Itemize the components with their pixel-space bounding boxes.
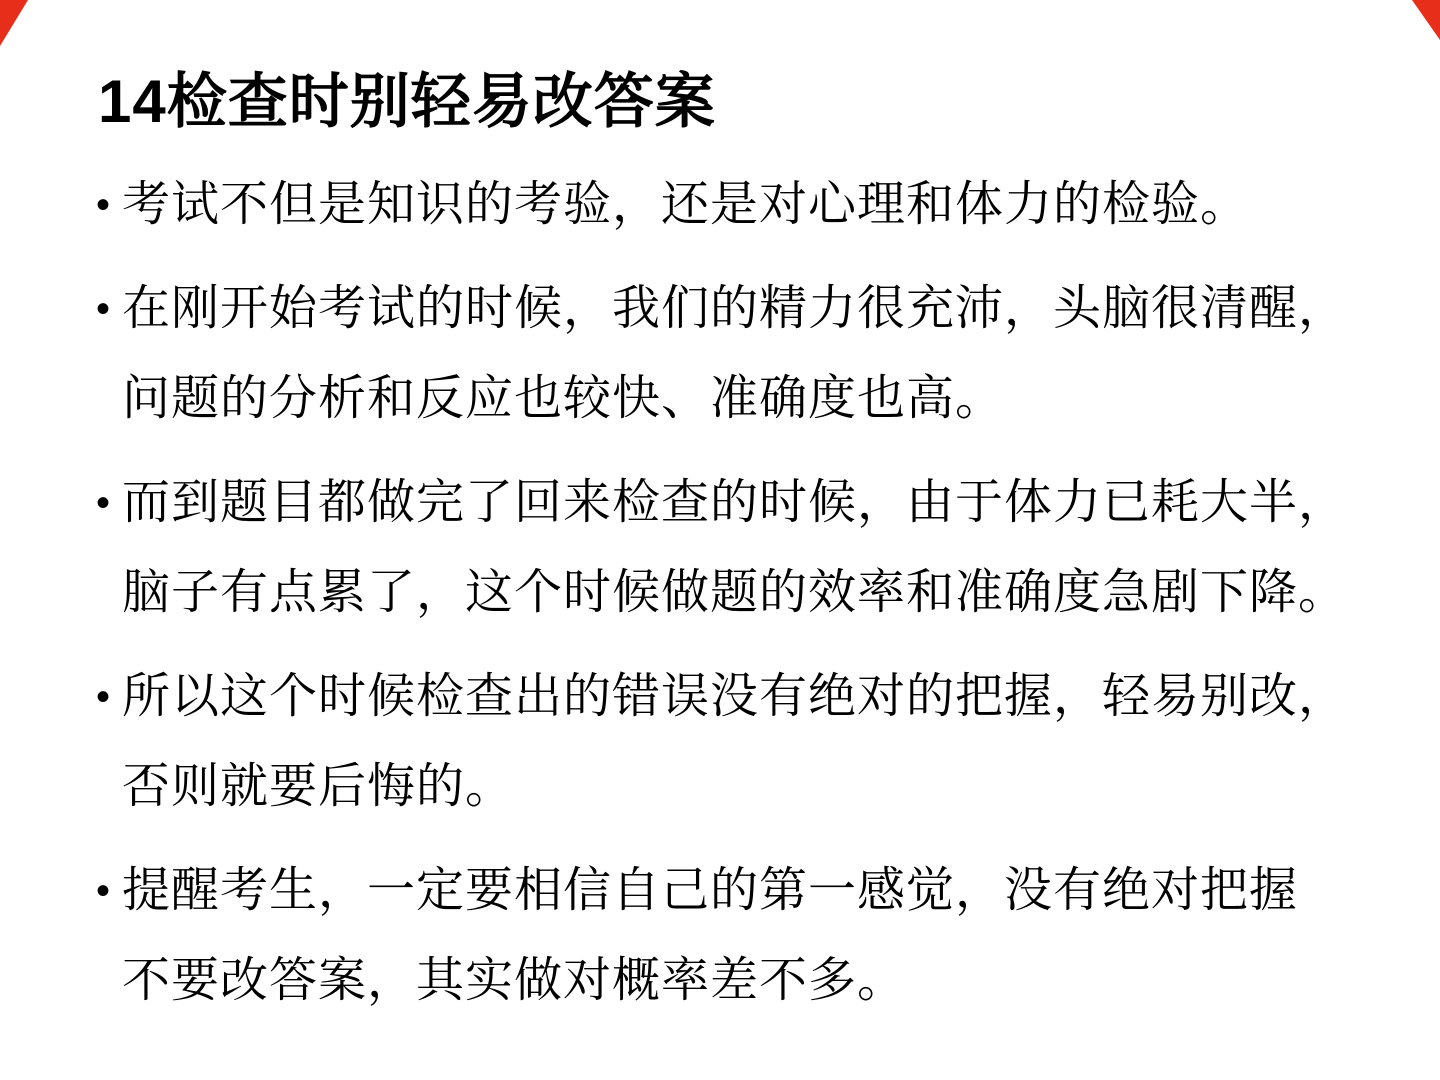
slide-title: 14检查时别轻易改答案 [98,66,1404,138]
bullet-text: 考试不但是知识的考验，还是对心理和体力的检验。 [122,160,1404,250]
bullet-text: 在刚开始考试的时候，我们的精力很充沛，头脑很清醒， 问题的分析和反应也较快、准确… [122,264,1404,444]
bullet-line: 不要改答案，其实做对概率差不多。 [122,936,1404,1026]
bullet-item-1: • 考试不但是知识的考验，还是对心理和体力的检验。 [96,160,1404,250]
bullet-marker: • [96,160,122,250]
corner-flag-top-right-icon [1412,0,1440,40]
bullet-line: 考试不但是知识的考验，还是对心理和体力的检验。 [122,160,1404,250]
bullet-line: 在刚开始考试的时候，我们的精力很充沛，头脑很清醒， [122,264,1404,354]
bullet-line: 所以这个时候检查出的错误没有绝对的把握，轻易别改， [122,652,1404,742]
bullet-marker: • [96,652,122,742]
bullet-item-2: • 在刚开始考试的时候，我们的精力很充沛，头脑很清醒， 问题的分析和反应也较快、… [96,264,1404,444]
bullet-line: 提醒考生，一定要相信自己的第一感觉，没有绝对把握 [122,846,1404,936]
bullet-text: 而到题目都做完了回来检查的时候，由于体力已耗大半， 脑子有点累了，这个时候做题的… [122,458,1404,638]
bullet-text: 所以这个时候检查出的错误没有绝对的把握，轻易别改， 否则就要后悔的。 [122,652,1404,832]
bullet-line: 否则就要后悔的。 [122,742,1404,832]
bullet-line: 脑子有点累了，这个时候做题的效率和准确度急剧下降。 [122,548,1404,638]
bullet-text: 提醒考生，一定要相信自己的第一感觉，没有绝对把握 不要改答案，其实做对概率差不多… [122,846,1404,1026]
bullet-line: 问题的分析和反应也较快、准确度也高。 [122,354,1404,444]
bullet-line: 而到题目都做完了回来检查的时候，由于体力已耗大半， [122,458,1404,548]
bullet-item-4: • 所以这个时候检查出的错误没有绝对的把握，轻易别改， 否则就要后悔的。 [96,652,1404,832]
bullet-marker: • [96,846,122,936]
bullet-item-5: • 提醒考生，一定要相信自己的第一感觉，没有绝对把握 不要改答案，其实做对概率差… [96,846,1404,1026]
bullet-marker: • [96,264,122,354]
slide: 14检查时别轻易改答案 • 考试不但是知识的考验，还是对心理和体力的检验。 • … [0,0,1440,1080]
corner-flag-top-left-icon [0,0,28,46]
bullet-item-3: • 而到题目都做完了回来检查的时候，由于体力已耗大半， 脑子有点累了，这个时候做… [96,458,1404,638]
bullet-marker: • [96,458,122,548]
